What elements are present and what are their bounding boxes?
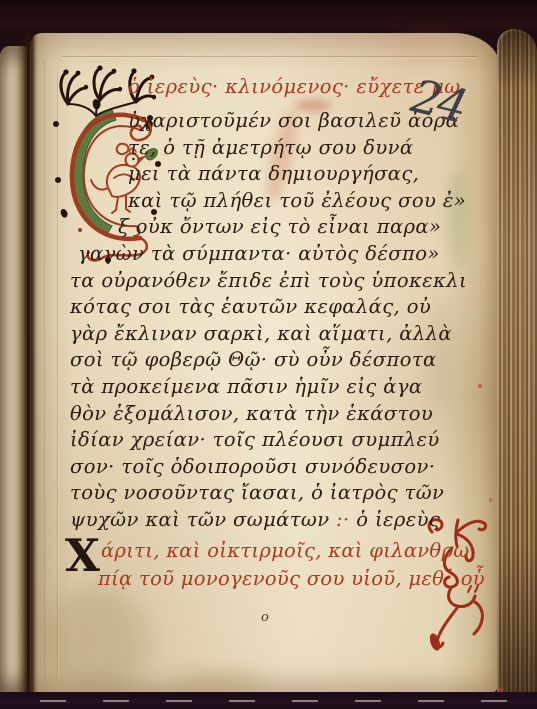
catchword-mark: ο [261, 610, 269, 625]
top-right-stain [392, 36, 468, 64]
manuscript-photo: ὁ ἱερεὺς· κλινόμενος· εὔχετε μω ὐχαριστο… [0, 0, 537, 709]
text-line-final-body: ψυχῶν καὶ τῶν σωμάτων [70, 508, 329, 531]
text-line: καὶ τῷ πλήθει τοῦ ἐλέους σου ἐ» [70, 188, 467, 215]
text-line: ἰδίαν χρείαν· τοῖς πλέουσι συμπλεύ [70, 427, 467, 454]
red-punctuation-mark: :· [329, 508, 356, 531]
text-line-final-tail: ὁ ἱερεὺς [356, 508, 440, 531]
bottom-edge-stain [178, 672, 264, 692]
page-crease-vertical-2 [44, 60, 45, 680]
text-line-final: ψυχῶν καὶ τῶν σωμάτων :· ὁ ἱερεὺς [70, 507, 467, 534]
ruler-scale-marks [40, 700, 512, 702]
text-line: κότας σοι τὰς ἑαυτῶν κεφαλάς, οὐ [70, 294, 467, 321]
text-line: σον· τοῖς ὁδοιποροῦσι συνόδευσον· [70, 454, 467, 481]
text-line: γὰρ ἔκλιναν σαρκὶ, καὶ αἵματι, ἀλλὰ [70, 321, 467, 348]
text-line: γαγὼν τὰ σύμπαντα· αὐτὸς δέσπο» [70, 241, 467, 268]
rubric-line: ὁ ἱερεὺς· κλινόμενος· εὔχετε μω [128, 75, 461, 98]
text-line: τε, ὁ τῇ ἀμετρήτῳ σου δυνά [70, 135, 467, 162]
prayer-text-block: ὐχαριστοῦμέν σοι βασιλεῦ ἀόρα τε, ὁ τῇ ἀ… [70, 108, 467, 534]
text-line: τὰ προκείμενα πᾶσιν ἡμῖν εἰς ἀγα [70, 374, 467, 401]
text-line: μει τὰ πάντα δημιουργήσας, [70, 161, 467, 188]
red-speck [489, 498, 492, 502]
red-speck [478, 384, 482, 388]
decorated-chi-initial: Χ [65, 533, 100, 578]
photo-frame-top [0, 0, 537, 33]
text-line: θὸν ἐξομάλισον, κατὰ τὴν ἑκάστου [70, 401, 467, 428]
book-gutter-shadow [22, 34, 38, 698]
text-line: τα οὐρανόθεν ἔπιδε ἐπὶ τοὺς ὑποκεκλι [70, 268, 467, 295]
text-line: τοὺς νοσοῦντας ἴασαι, ὁ ἰατρὸς τῶν [70, 480, 467, 507]
ekphonesis-line: άριτι, καὶ οἰκτιρμοῖς, καὶ φιλανθρω [101, 537, 485, 565]
water-stain [40, 588, 150, 696]
text-line: ξ οὐκ ὄντων εἰς τὸ εἶναι παρα» [70, 214, 467, 241]
ekphonesis-line: πίᾳ τοῦ μονογενοῦς σου υἱοῦ, μεθ᾽ οὗ [98, 565, 485, 593]
ekphonesis-red-lines: άριτι, καὶ οἰκτιρμοῖς, καὶ φιλανθρω πίᾳ … [101, 537, 485, 592]
text-line: σοὶ τῷ φοβερῷ Θῷ· σὺ οὖν δέσποτα [70, 347, 467, 374]
